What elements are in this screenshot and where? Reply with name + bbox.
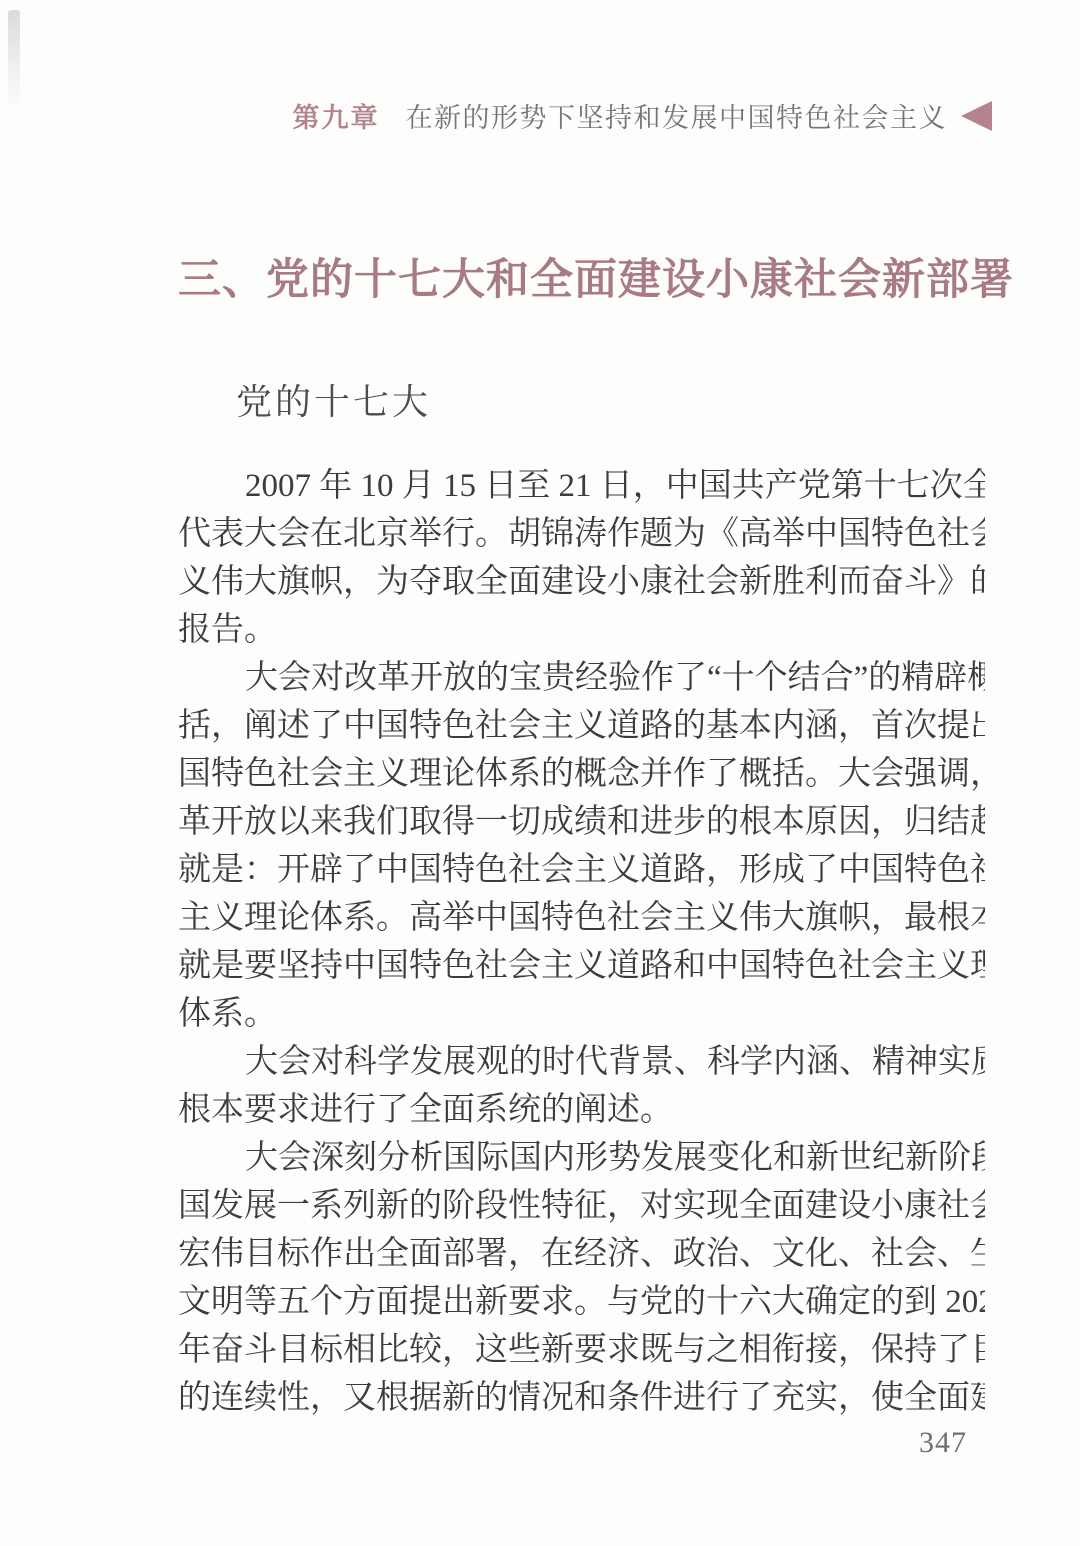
running-header: 第九章 在新的形势下坚持和发展中国特色社会主义 <box>293 96 993 135</box>
paragraph-line: 大会对科学发展观的时代背景、科学内涵、精神实质和 <box>178 1038 985 1086</box>
paragraph-line: 文明等五个方面提出新要求。与党的十六大确定的到 2020 <box>178 1278 985 1326</box>
chapter-title: 在新的形势下坚持和发展中国特色社会主义 <box>406 96 948 135</box>
body-paragraph: 2007 年 10 月 15 日至 21 日，中国共产党第十七次全国代表大会在北… <box>178 462 985 654</box>
paragraph-line: 就是：开辟了中国特色社会主义道路，形成了中国特色社会 <box>178 846 985 894</box>
paragraph-line: 括，阐述了中国特色社会主义道路的基本内涵，首次提出中 <box>178 702 985 750</box>
paragraph-line: 义伟大旗帜，为夺取全面建设小康社会新胜利而奋斗》的 <box>178 558 985 606</box>
section-title: 三、党的十七大和全面建设小康社会新部署 <box>178 246 985 307</box>
chapter-number: 第九章 <box>293 96 380 135</box>
paragraph-line: 大会深刻分析国际国内形势发展变化和新世纪新阶段我 <box>178 1134 985 1182</box>
paragraph-line: 根本要求进行了全面系统的阐述。 <box>178 1086 985 1134</box>
paragraph-line: 2007 年 10 月 15 日至 21 日，中国共产党第十七次全国 <box>178 462 985 510</box>
subsection-title: 党的十七大 <box>236 374 431 425</box>
page-number: 347 <box>178 1426 967 1460</box>
scan-artifact <box>8 10 20 110</box>
paragraph-line: 大会对改革开放的宝贵经验作了“十个结合”的精辟概 <box>178 654 985 702</box>
paragraph-line: 宏伟目标作出全面部署，在经济、政治、文化、社会、生态 <box>178 1230 985 1278</box>
paragraph-line: 报告。 <box>178 606 985 654</box>
body-paragraph: 大会对改革开放的宝贵经验作了“十个结合”的精辟概括，阐述了中国特色社会主义道路的… <box>178 654 985 1038</box>
paragraph-line: 代表大会在北京举行。胡锦涛作题为《高举中国特色社会主 <box>178 510 985 558</box>
paragraph-line: 主义理论体系。高举中国特色社会主义伟大旗帜，最根本的 <box>178 894 985 942</box>
paragraph-line: 的连续性，又根据新的情况和条件进行了充实，使全面建设 <box>178 1374 985 1422</box>
paragraph-line: 体系。 <box>178 990 985 1038</box>
book-page: { "theme": { "accent_color": "#a87a84", … <box>0 0 1080 1546</box>
paragraph-line: 国特色社会主义理论体系的概念并作了概括。大会强调，改 <box>178 750 985 798</box>
paragraph-line: 年奋斗目标相比较，这些新要求既与之相衔接，保持了目标 <box>178 1326 985 1374</box>
body-text: 2007 年 10 月 15 日至 21 日，中国共产党第十七次全国代表大会在北… <box>178 462 985 1422</box>
body-paragraph: 大会对科学发展观的时代背景、科学内涵、精神实质和根本要求进行了全面系统的阐述。 <box>178 1038 985 1134</box>
left-triangle-icon <box>961 101 992 131</box>
body-paragraph: 大会深刻分析国际国内形势发展变化和新世纪新阶段我国发展一系列新的阶段性特征，对实… <box>178 1134 985 1422</box>
paragraph-line: 国发展一系列新的阶段性特征，对实现全面建设小康社会的 <box>178 1182 985 1230</box>
paragraph-line: 就是要坚持中国特色社会主义道路和中国特色社会主义理论 <box>178 942 985 990</box>
paragraph-line: 革开放以来我们取得一切成绩和进步的根本原因，归结起来 <box>178 798 985 846</box>
